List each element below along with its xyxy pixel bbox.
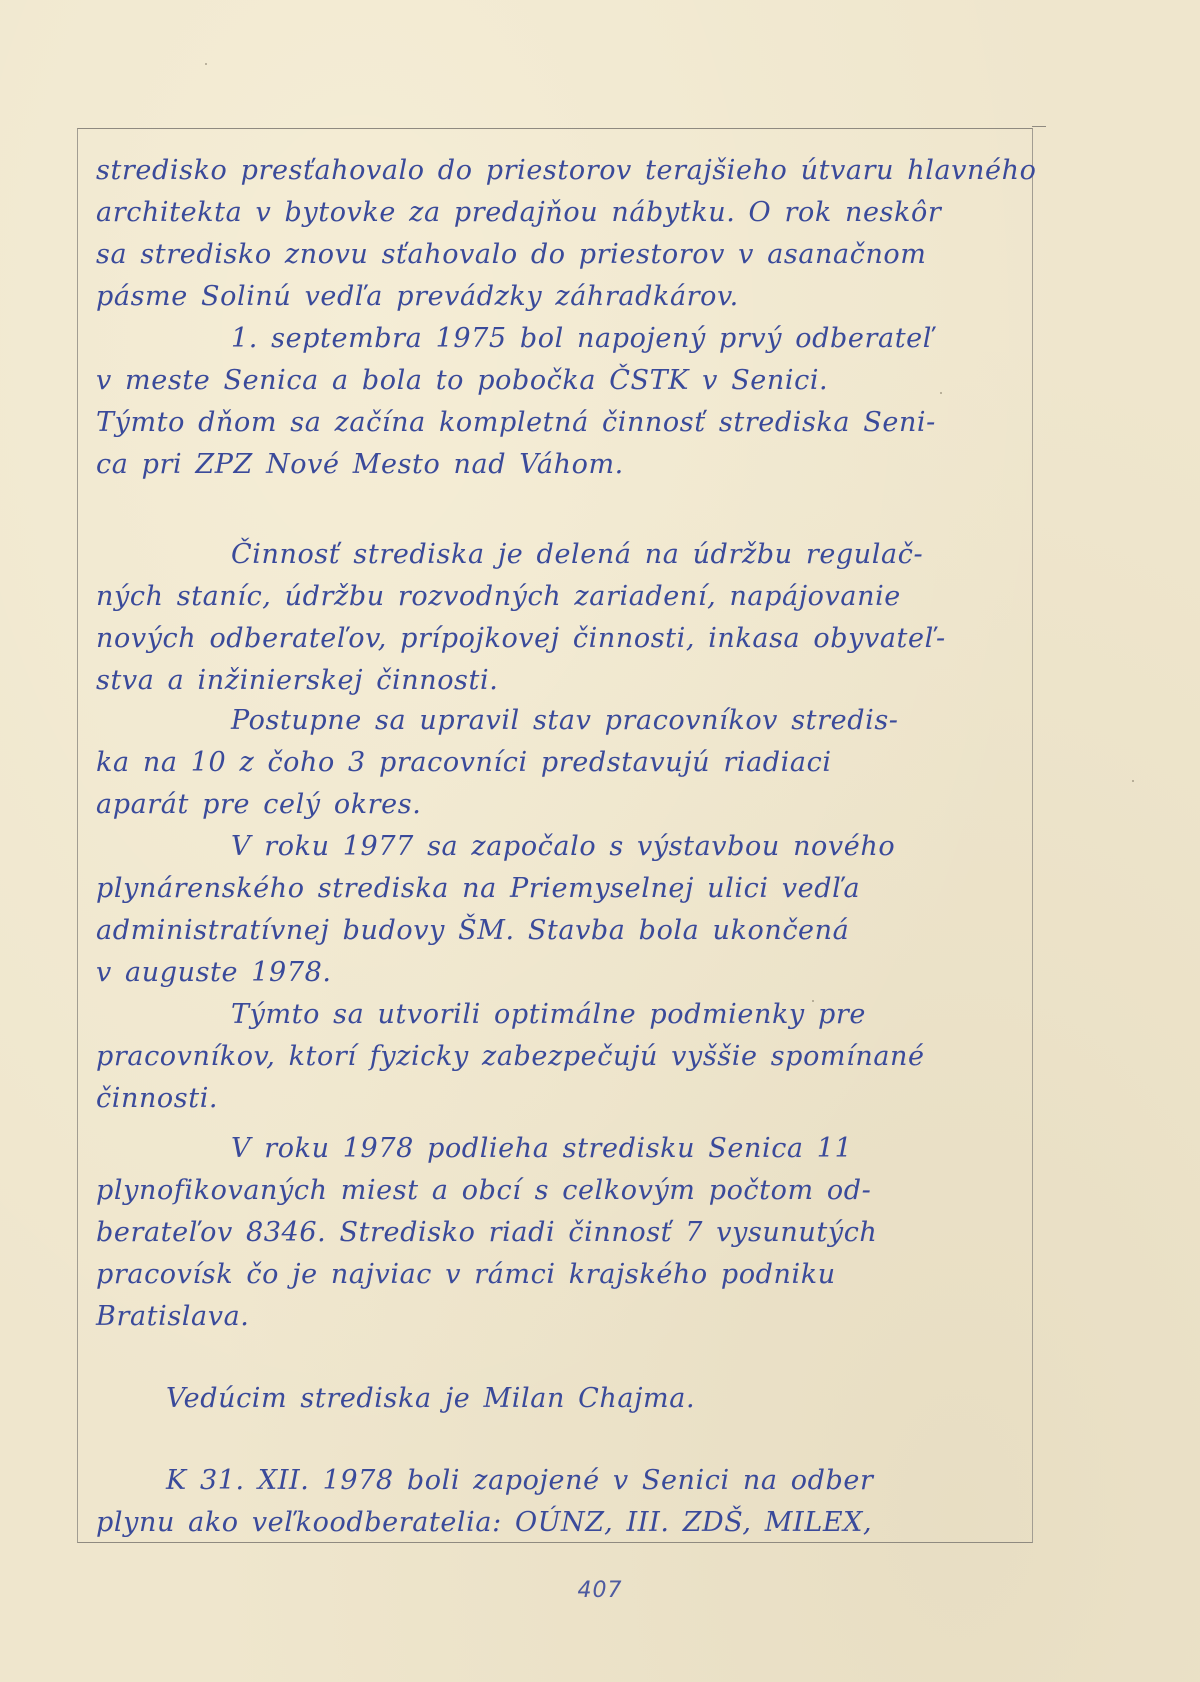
manager-statement-line: Vedúcim strediska je Milan Chajma. [166, 1378, 695, 1420]
text-line: ka na 10 z čoho 3 pracovníci predstavujú… [96, 742, 832, 784]
text-line: stredisko presťahovalo do priestorov ter… [96, 150, 1036, 192]
text-line: činnosti. [96, 1078, 218, 1120]
text-line: Týmto dňom sa začína kompletná činnosť s… [96, 402, 936, 444]
paragraph-start-line: V roku 1977 sa započalo s výstavbou nové… [231, 826, 895, 868]
text-line: ných staníc, údržbu rozvodných zariadení… [96, 576, 901, 618]
text-line: administratívnej budovy ŠM. Stavba bola … [96, 910, 849, 952]
text-line: v meste Senica a bola to pobočka ČSTK v … [96, 360, 828, 402]
text-line: architekta v bytovke za predajňou nábytk… [96, 192, 941, 234]
paragraph-start-line: Postupne sa upravil stav pracovníkov str… [231, 700, 899, 742]
paper-speck [812, 1000, 814, 1002]
text-line: pásme Solinú vedľa prevádzky záhradkárov… [96, 276, 739, 318]
paragraph-start-line: 1. septembra 1975 bol napojený prvý odbe… [231, 318, 934, 360]
text-line: stva a inžinierskej činnosti. [96, 660, 498, 702]
paper-speck [940, 392, 942, 394]
text-line: pracovísk čo je najviac v rámci krajskéh… [96, 1254, 836, 1296]
text-line: plynárenského strediska na Priemyselnej … [96, 868, 860, 910]
paragraph-start-line: V roku 1978 podlieha stredisku Senica 11 [231, 1128, 852, 1170]
text-line: plynu ako veľkoodberatelia: OÚNZ, III. Z… [96, 1502, 872, 1544]
paper-speck [1132, 780, 1134, 782]
text-line: ca pri ZPZ Nové Mesto nad Váhom. [96, 444, 624, 486]
paragraph-start-line: Činnosť strediska je delená na údržbu re… [231, 534, 923, 576]
paper-speck [205, 63, 207, 65]
text-line: berateľov 8346. Stredisko riadi činnosť … [96, 1212, 877, 1254]
paragraph-start-line: K 31. XII. 1978 boli zapojené v Senici n… [166, 1460, 874, 1502]
text-line: v auguste 1978. [96, 952, 332, 994]
paragraph-start-line: Týmto sa utvorili optimálne podmienky pr… [231, 994, 866, 1036]
frame-corner-tick [1032, 126, 1046, 127]
text-line: Bratislava. [96, 1296, 249, 1338]
text-line: sa stredisko znovu sťahovalo do priestor… [96, 234, 927, 276]
text-line: aparát pre celý okres. [96, 784, 421, 826]
page-number: 407 [0, 1578, 1200, 1603]
text-line: plynofikovaných miest a obcí s celkovým … [96, 1170, 871, 1212]
text-line: pracovníkov, ktorí fyzicky zabezpečujú v… [96, 1036, 925, 1078]
text-line: nových odberateľov, prípojkovej činnosti… [96, 618, 946, 660]
